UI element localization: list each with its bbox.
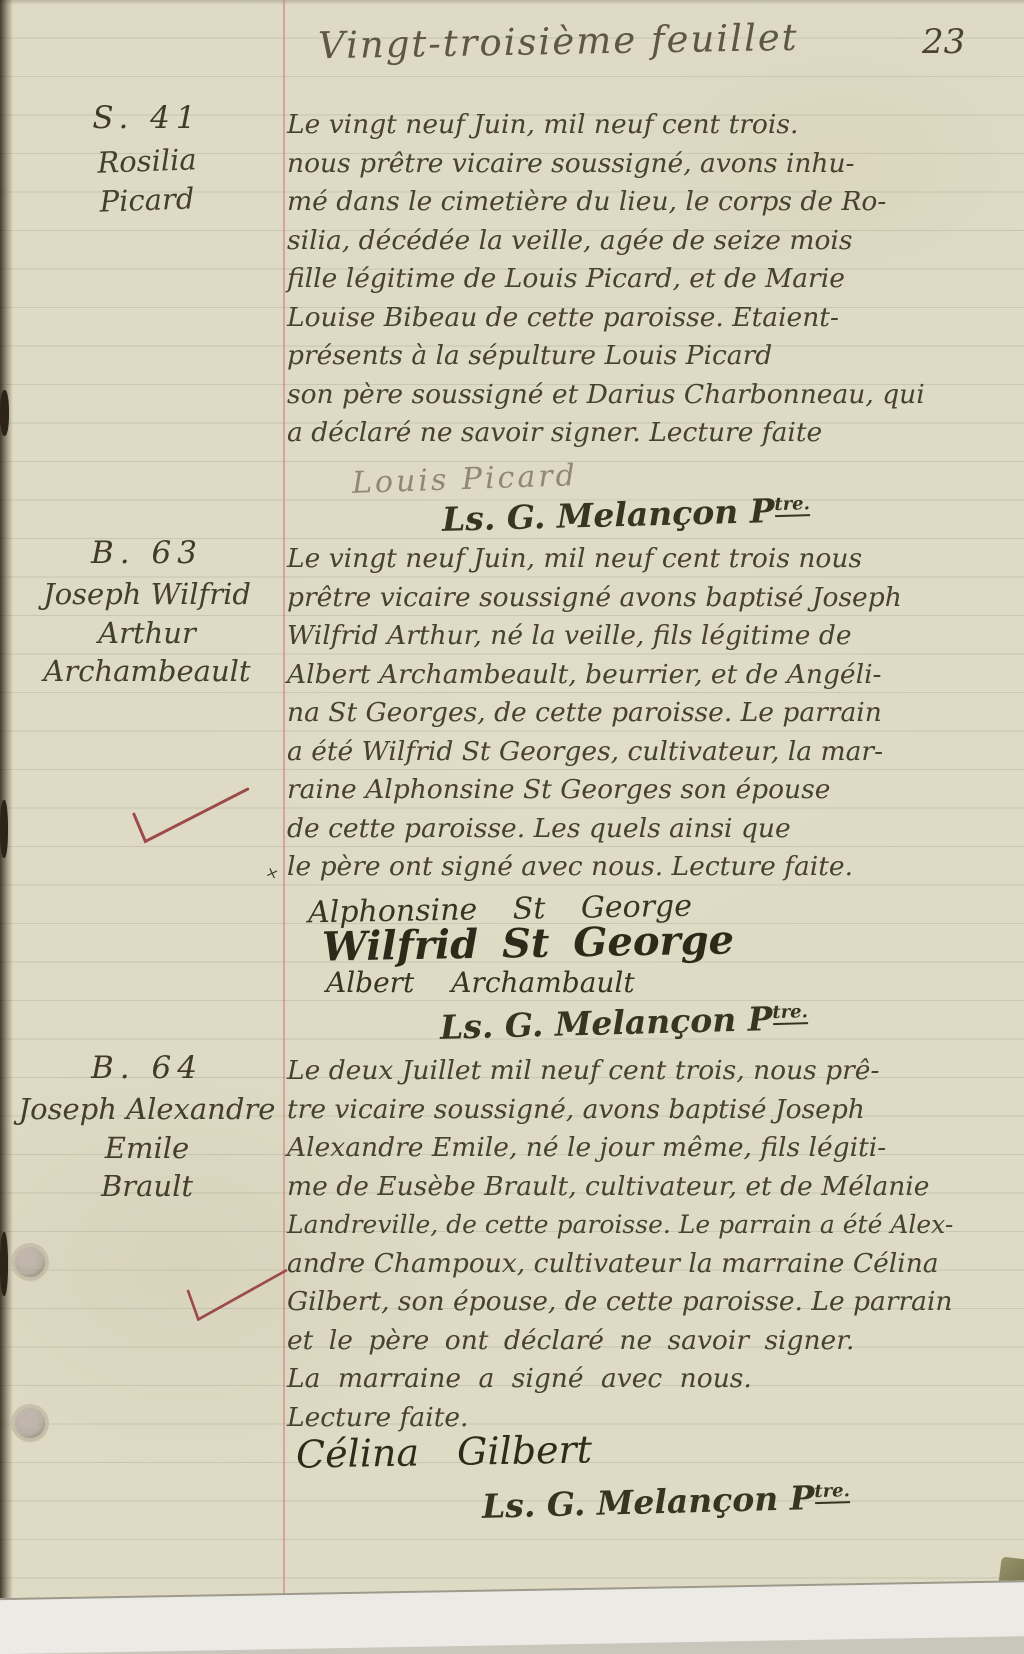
binding-stain [0,1232,8,1296]
priest-title-sup: tre. [772,1001,808,1025]
priest-name: Ls. G. Melançon P [440,999,773,1047]
entry-b64-margin: B. 64 Joseph Alexandre Emile Brault [14,1050,280,1206]
entry-code: B. 63 [14,535,280,571]
signature-priest: Ls. G. Melançon Ptre. [440,998,809,1047]
page-title: Vingt-troisième feuillet [318,16,799,67]
page-top-edge [0,0,1024,5]
register-page: Vingt-troisième feuillet 23 S. 41 Rosili… [0,0,1024,1619]
record-line: silia, décédée la veille, agée de seize … [287,222,977,261]
signature-celina-gilbert: Célina Gilbert [296,1427,593,1476]
record-line: Louise Bibeau de cette paroisse. Etaient… [287,299,977,338]
red-checkmark [128,780,256,846]
entry-code: S. 41 [14,100,280,136]
entry-name-line: Archambeault [14,652,280,691]
record-line: Wilfrid Arthur, né la veille, fils légit… [287,617,977,656]
signature-louis-picard: Louis Picard [351,458,578,501]
entry-name-line: Joseph Wilfrid [14,575,280,614]
punch-hole-bottom [15,1408,45,1438]
record-line: andre Champoux, cultivateur la marraine … [287,1245,977,1284]
record-line: Albert Archambeault, beurrier, et de Ang… [287,656,977,695]
page-bottom-edge [0,1580,1024,1619]
entry-name-line: Emile [14,1129,280,1168]
record-line: tre vicaire soussigné, avons baptisé Jos… [287,1091,977,1130]
priest-title-sup: tre. [814,1480,850,1504]
record-line: Le deux Juillet mil neuf cent trois, nou… [287,1052,977,1091]
page-number: 23 [922,22,965,62]
entry-code: B. 64 [14,1050,280,1086]
record-line: de cette paroisse. Les quels ainsi que [287,810,977,849]
record-line: son père soussigné et Darius Charbonneau… [287,376,977,415]
binding-stain [0,800,8,858]
record-line: le père ont signé avec nous. Lecture fai… [287,848,977,887]
priest-title-sup: tre. [774,493,810,517]
record-line: raine Alphonsine St Georges son épouse [287,771,977,810]
entry-name-line: Joseph Alexandre [14,1090,280,1129]
record-line: Landreville, de cette paroisse. Le parra… [287,1206,977,1245]
signature-priest: Ls. G. Melançon Ptre. [482,1477,851,1526]
entry-s41-text: Le vingt neuf Juin, mil neuf cent trois.… [287,106,977,453]
margin-line [283,0,285,1600]
red-checkmark [182,1262,294,1326]
record-line: prêtre vicaire soussigné avons baptisé J… [287,579,977,618]
punch-hole-top [15,1247,45,1277]
signature-wilfrid-st-george: Wilfrid St George [322,916,735,970]
record-line: mé dans le cimetière du lieu, le corps d… [287,183,977,222]
entry-name-line: Arthur [14,614,280,653]
record-line: présents à la sépulture Louis Picard [287,337,977,376]
entry-b64-text: Le deux Juillet mil neuf cent trois, nou… [287,1052,977,1437]
record-line: a déclaré ne savoir signer. Lecture fait… [287,414,977,453]
record-line: Alexandre Emile, né le jour même, fils l… [287,1129,977,1168]
entry-b63-margin: B. 63 Joseph Wilfrid Arthur Archambeault [14,535,280,691]
record-line: et le père ont déclaré ne savoir signer. [287,1322,977,1361]
small-pen-mark: × [263,862,281,883]
priest-name: Ls. G. Melançon P [482,1478,815,1526]
record-line: fille légitime de Louis Picard, et de Ma… [287,260,977,299]
record-line: Gilbert, son épouse, de cette paroisse. … [287,1283,977,1322]
record-line: Le vingt neuf Juin, mil neuf cent trois. [287,106,977,145]
binding-stain [0,390,9,436]
record-line: La marraine a signé avec nous. [287,1360,977,1399]
entry-b63-text: Le vingt neuf Juin, mil neuf cent trois … [287,540,977,887]
record-line: Le vingt neuf Juin, mil neuf cent trois … [287,540,977,579]
record-line: na St Georges, de cette paroisse. Le par… [287,694,977,733]
entry-name-line: Brault [14,1167,280,1206]
record-line: nous prêtre vicaire soussigné, avons inh… [287,145,977,184]
record-line: me de Eusèbe Brault, cultivateur, et de … [287,1168,977,1207]
record-line: a été Wilfrid St Georges, cultivateur, l… [287,733,977,772]
priest-name: Ls. G. Melançon P [442,491,775,539]
entry-s41-margin: S. 41 Rosilia Picard [14,100,280,219]
signature-priest: Ls. G. Melançon Ptre. [442,490,811,539]
signature-albert-archambault: Albert Archambault [326,966,635,999]
